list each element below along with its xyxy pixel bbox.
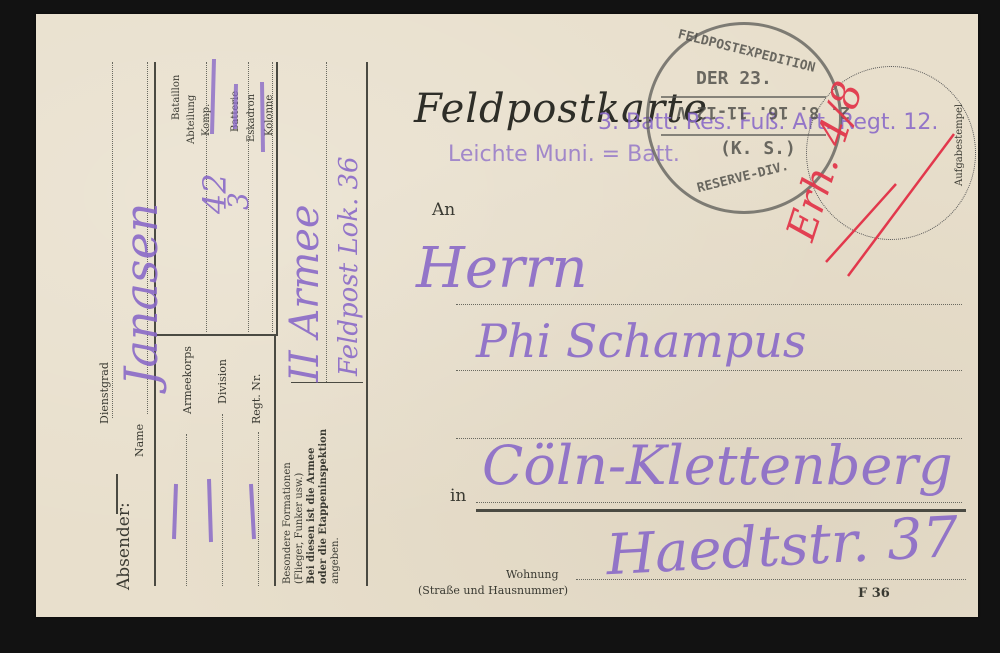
feldpostkarte: Absender: Dienstgrad Name Bataillon Abte… bbox=[36, 14, 978, 617]
an-label: An bbox=[432, 200, 455, 220]
address-line-2 bbox=[456, 370, 962, 371]
wohnung-hint: (Straße und Hausnummer) bbox=[418, 584, 568, 597]
addressee-name: Phi Schampus bbox=[476, 314, 807, 368]
addressee-city: Cöln-Klettenberg bbox=[482, 434, 953, 497]
form-code: F 36 bbox=[858, 586, 890, 601]
city-line bbox=[476, 502, 962, 503]
wohnung-label: Wohnung bbox=[506, 568, 559, 581]
in-label: in bbox=[450, 486, 466, 506]
address-line-1 bbox=[456, 304, 962, 305]
addressee-title: Herrn bbox=[416, 236, 588, 301]
